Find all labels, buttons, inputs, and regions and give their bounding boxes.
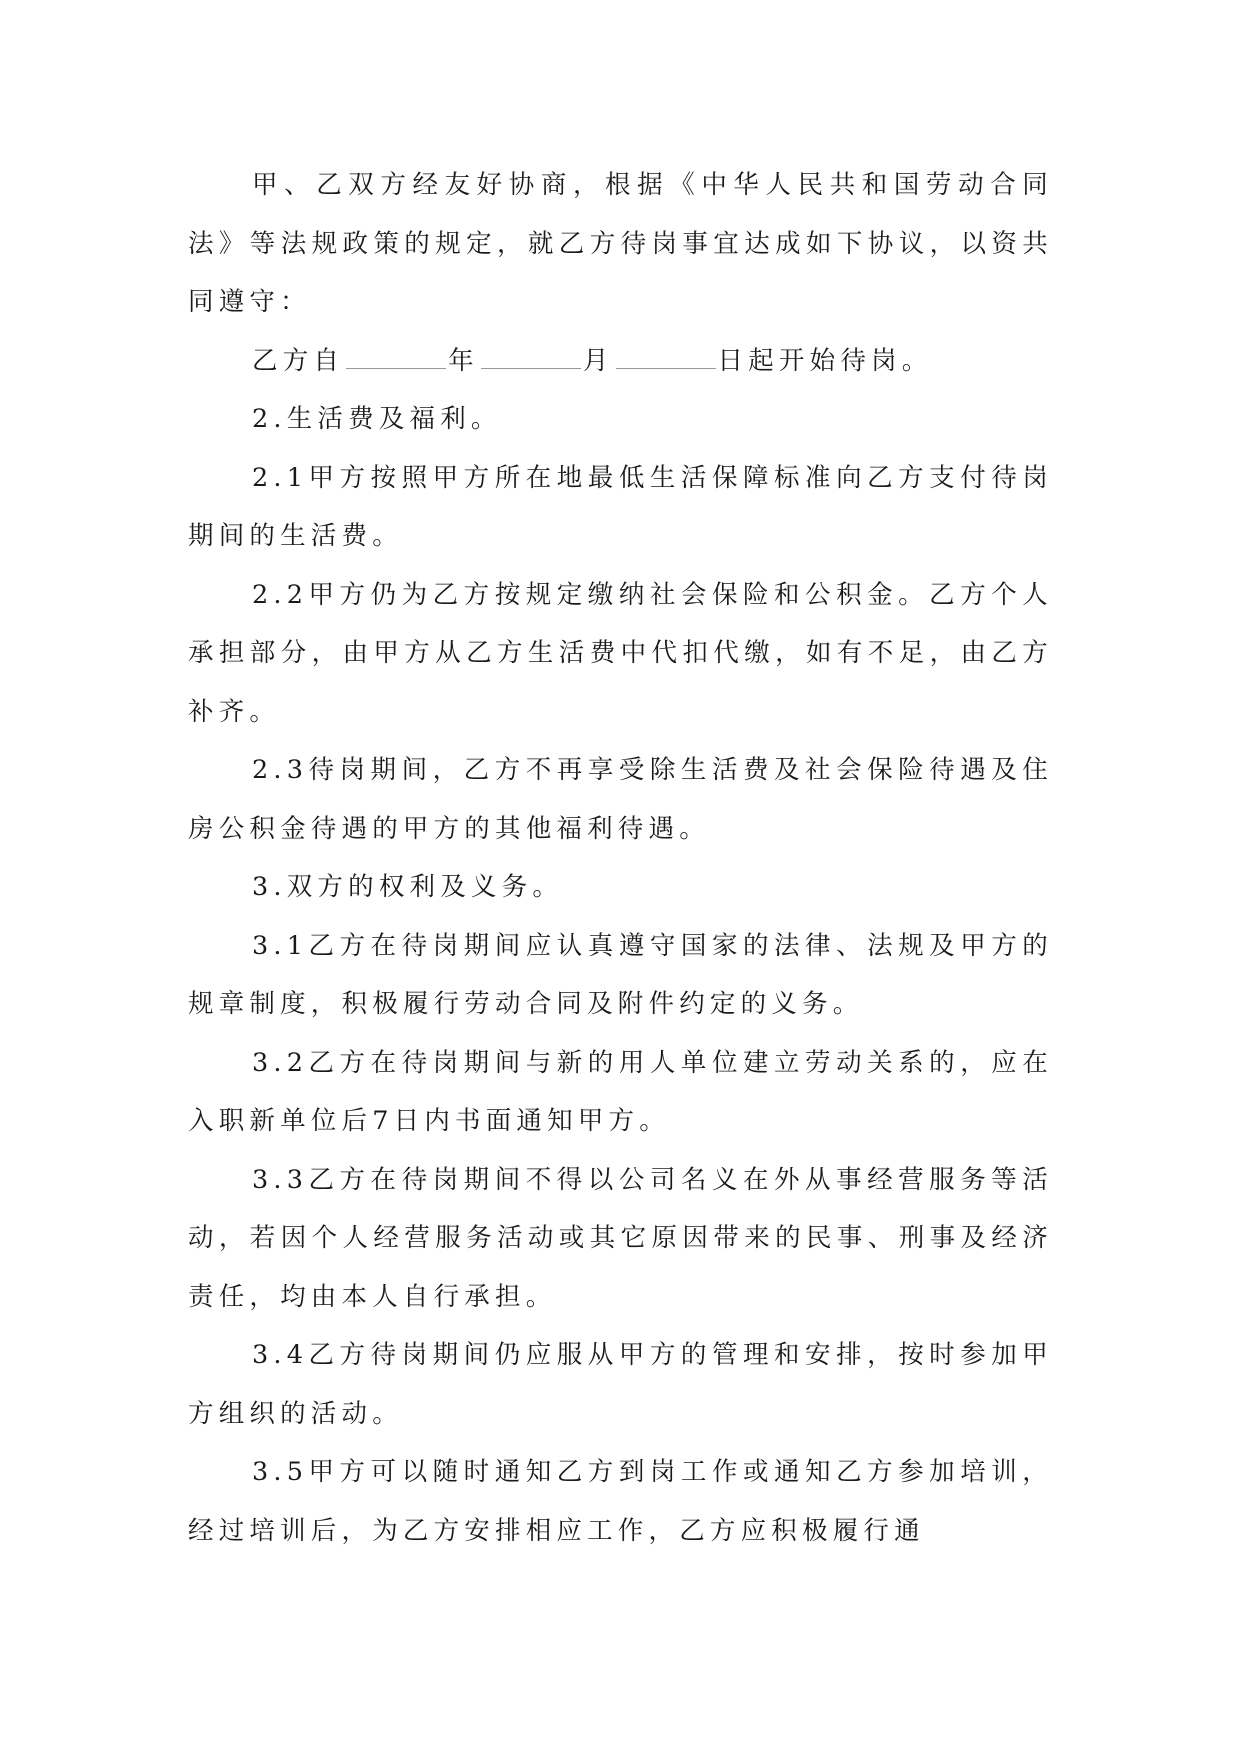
month-blank[interactable] [481,346,581,369]
clause-2-3: 2.3待岗期间，乙方不再享受除生活费及社会保险待遇及住房公积金待遇的甲方的其他福… [188,741,1053,858]
document-page: 甲、乙双方经友好协商，根据《中华人民共和国劳动合同法》等法规政策的规定，就乙方待… [188,156,1053,1560]
clause-3-3: 3.3乙方在待岗期间不得以公司名义在外从事经营服务等活动，若因个人经营服务活动或… [188,1151,1053,1327]
clause-3-2: 3.2乙方在待岗期间与新的用人单位建立劳动关系的，应在入职新单位后7日内书面通知… [188,1034,1053,1151]
day-blank[interactable] [616,346,716,369]
clause-2-2: 2.2甲方仍为乙方按规定缴纳社会保险和公积金。乙方个人承担部分，由甲方从乙方生活… [188,566,1053,742]
clause-3-5: 3.5甲方可以随时通知乙方到岗工作或通知乙方参加培训，经过培训后，为乙方安排相应… [188,1443,1053,1560]
clause-3-4: 3.4乙方待岗期间仍应服从甲方的管理和安排，按时参加甲方组织的活动。 [188,1326,1053,1443]
month-label: 月 [583,346,614,376]
clause-2-1: 2.1甲方按照甲方所在地最低生活保障标准向乙方支付待岗期间的生活费。 [188,449,1053,566]
section-heading-2: 2.生活费及福利。 [188,390,1053,449]
clause-3-1: 3.1乙方在待岗期间应认真遵守国家的法律、法规及甲方的规章制度，积极履行劳动合同… [188,917,1053,1034]
year-blank[interactable] [346,346,446,369]
paragraph-start-date: 乙方自年月日起开始待岗。 [188,332,1053,391]
section-heading-3: 3.双方的权利及义务。 [188,858,1053,917]
start-date-prefix: 乙方自 [252,346,344,376]
paragraph-intro: 甲、乙双方经友好协商，根据《中华人民共和国劳动合同法》等法规政策的规定，就乙方待… [188,156,1053,332]
year-label: 年 [448,346,479,376]
day-label: 日起开始待岗。 [718,346,933,376]
